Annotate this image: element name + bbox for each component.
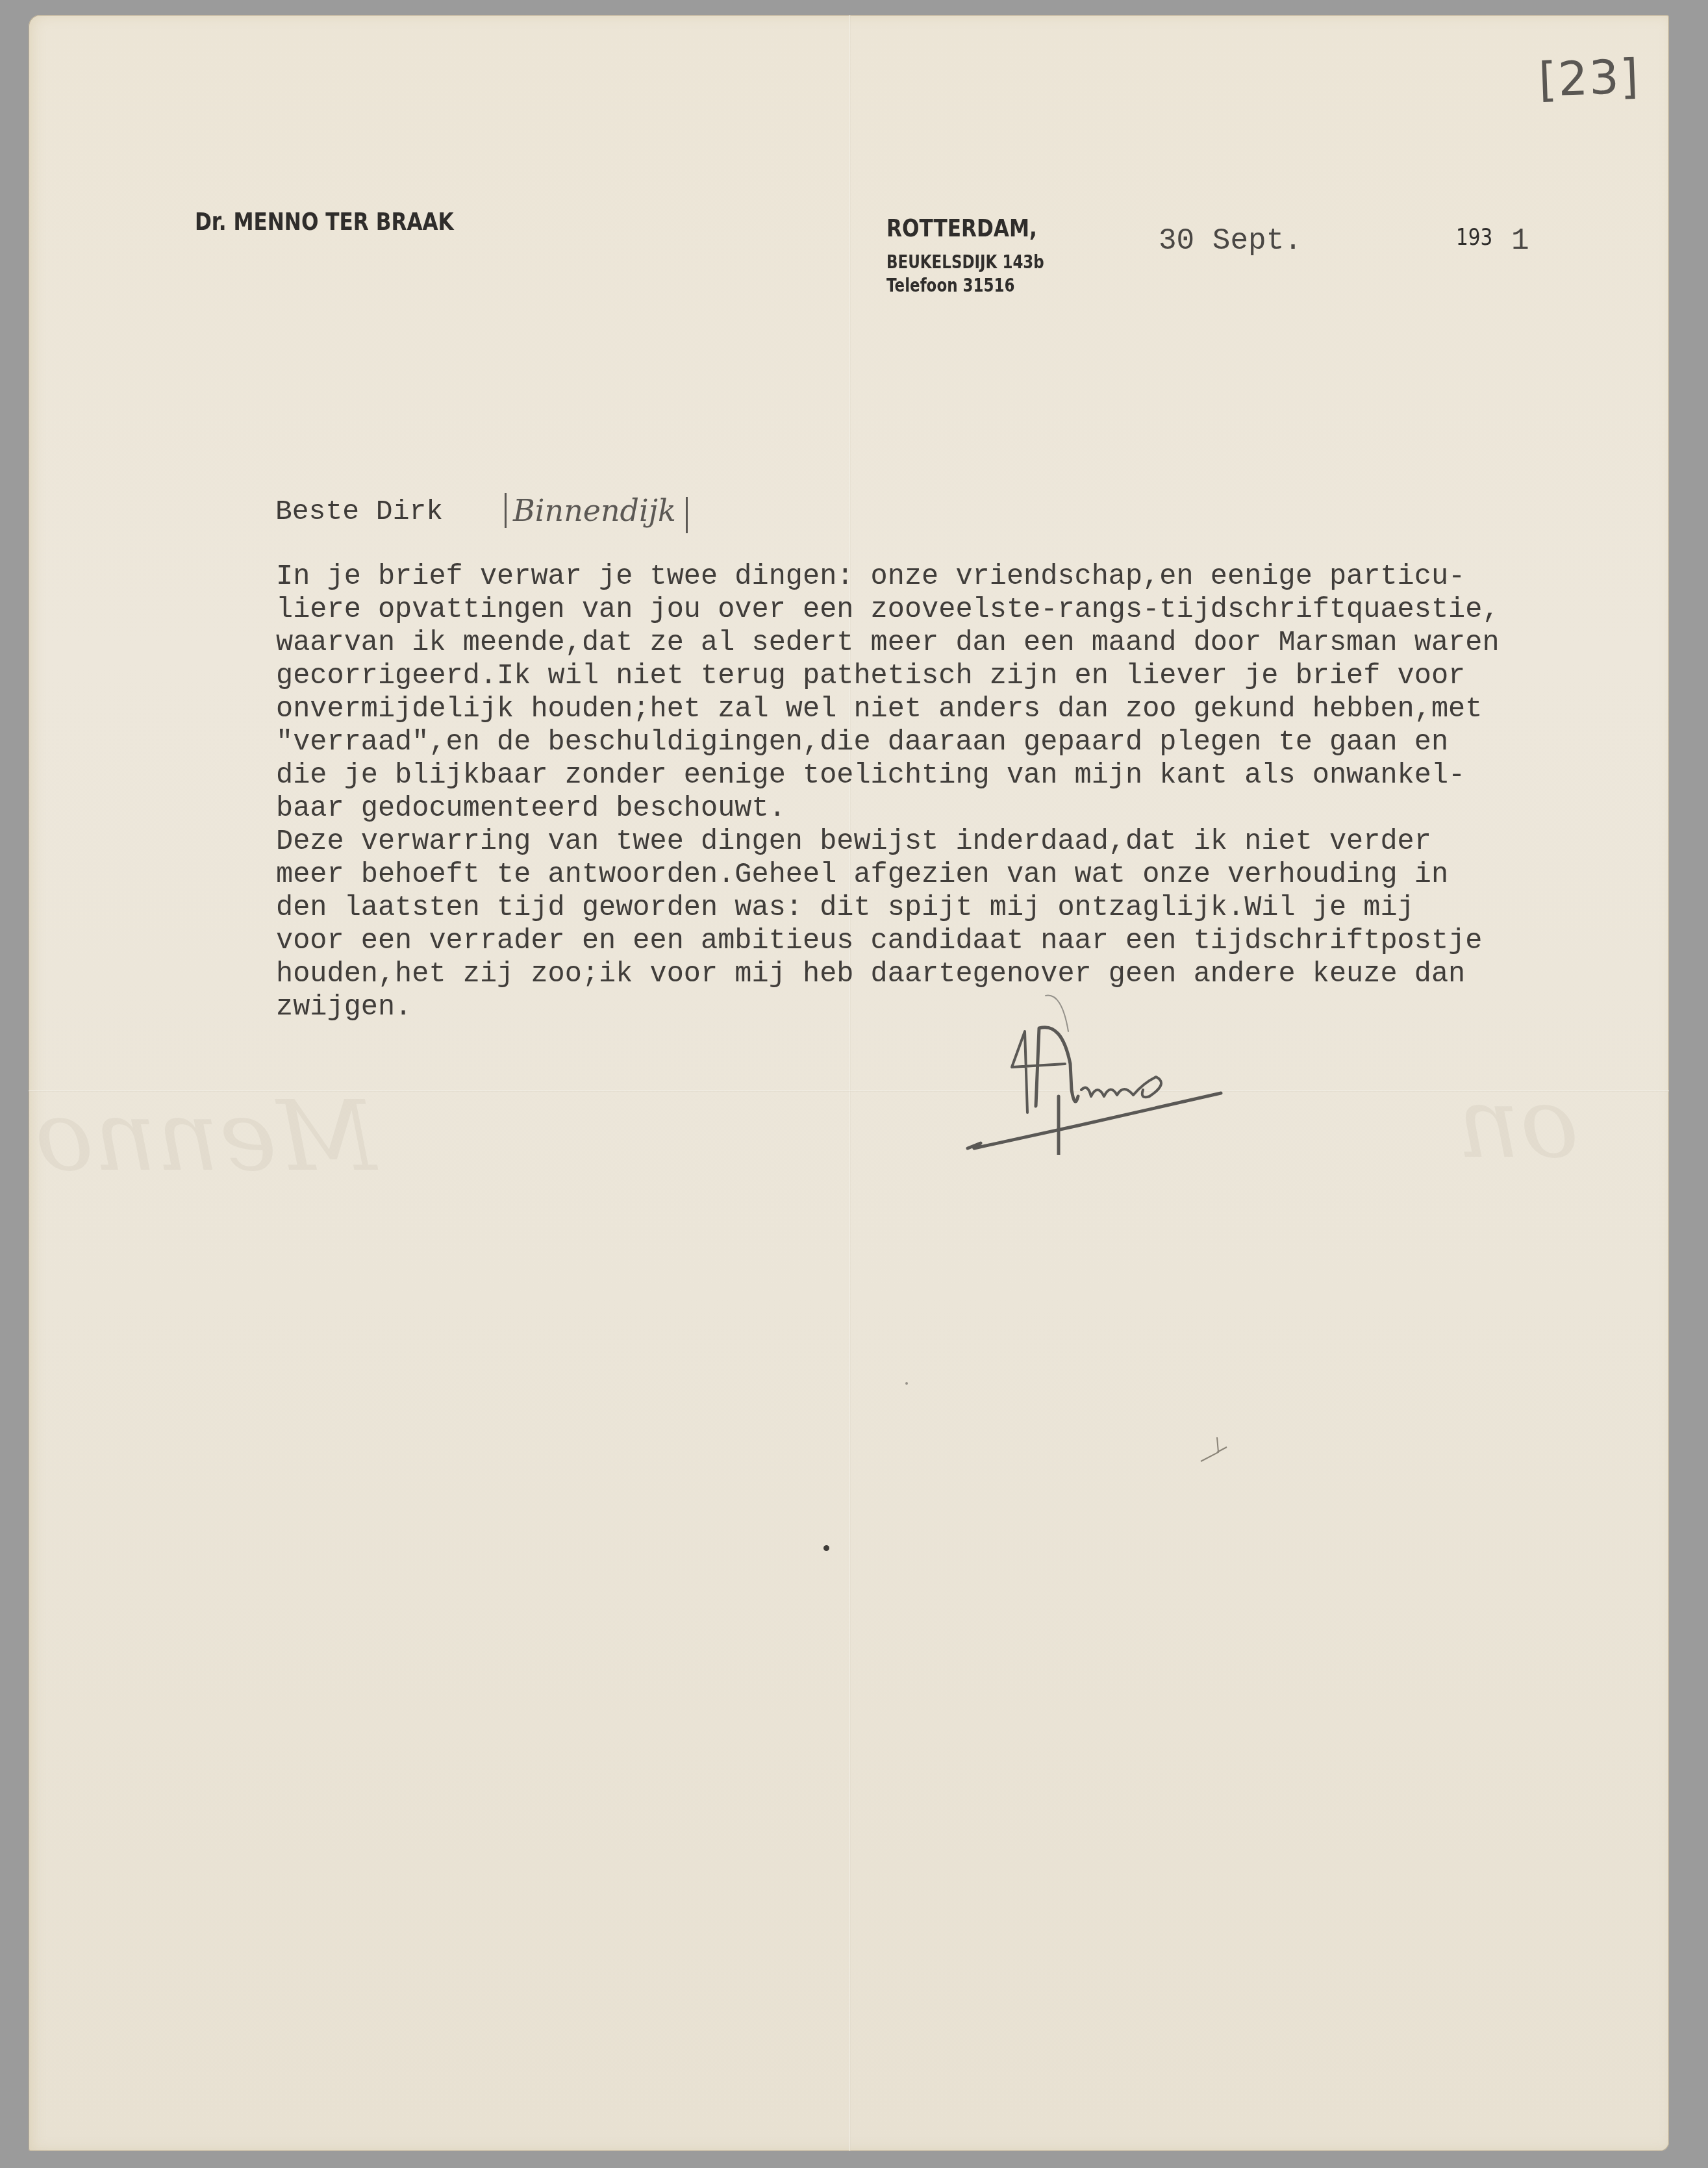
body-line: den laatsten tijd geworden was: dit spij…	[276, 892, 1500, 925]
letterhead-address: BEUKELSDIJK 143b	[886, 251, 1044, 273]
archive-number: [23]	[1538, 49, 1641, 107]
body-line: waarvan ik meende,dat ze al sedert meer …	[276, 627, 1500, 660]
body-line: meer behoeft te antwoorden.Geheel afgezi…	[276, 859, 1500, 892]
greeting: Beste Dirk	[275, 496, 443, 527]
letterhead-sender: Dr. MENNO TER BRAAK	[195, 207, 454, 236]
body-line: gecorrigeerd.Ik wil niet terug pathetisc…	[276, 660, 1500, 693]
bleed-through-left: Menno	[35, 1080, 377, 1193]
body-line: houden,het zij zoo;ik voor mij heb daart…	[276, 958, 1500, 991]
letterhead-city: ROTTERDAM,	[886, 214, 1037, 242]
body-line: "verraad",en de beschuldigingen,die daar…	[276, 726, 1500, 759]
bleed-through-right: on	[1457, 1067, 1579, 1180]
letter-date: 30 Sept.	[1159, 224, 1302, 258]
ink-speck	[823, 1545, 829, 1551]
body-line: In je brief verwar je twee dingen: onze …	[276, 561, 1500, 594]
letter-paper: Menno on [23] Dr. MENNO TER BRAAK ROTTER…	[29, 15, 1669, 2151]
body-line: Deze verwarring van twee dingen bewijst …	[276, 826, 1500, 859]
vertical-fold-line	[849, 15, 851, 2151]
body-line: onvermijdelijk houden;het zal wel niet a…	[276, 693, 1500, 726]
letter-year-digit: 1	[1511, 224, 1529, 258]
handwritten-signature	[948, 992, 1247, 1155]
ink-speck	[905, 1382, 908, 1385]
letter-body: In je brief verwar je twee dingen: onze …	[276, 561, 1500, 1024]
letterhead-year-prefix: 193	[1456, 224, 1492, 251]
addressee-annotation: Binnendijk	[505, 493, 688, 528]
body-line: voor een verrader en een ambitieus candi…	[276, 925, 1500, 958]
letterhead-phone: Telefoon 31516	[886, 275, 1014, 296]
body-line: zwijgen.	[276, 991, 1500, 1024]
body-line: die je blijkbaar zonder eenige toelichti…	[276, 759, 1500, 792]
signature-icon	[948, 992, 1247, 1155]
body-line: liere opvattingen van jou over een zoove…	[276, 594, 1500, 627]
paper-fiber	[1198, 1434, 1237, 1467]
body-line: baar gedocumenteerd beschouwt.	[276, 792, 1500, 826]
